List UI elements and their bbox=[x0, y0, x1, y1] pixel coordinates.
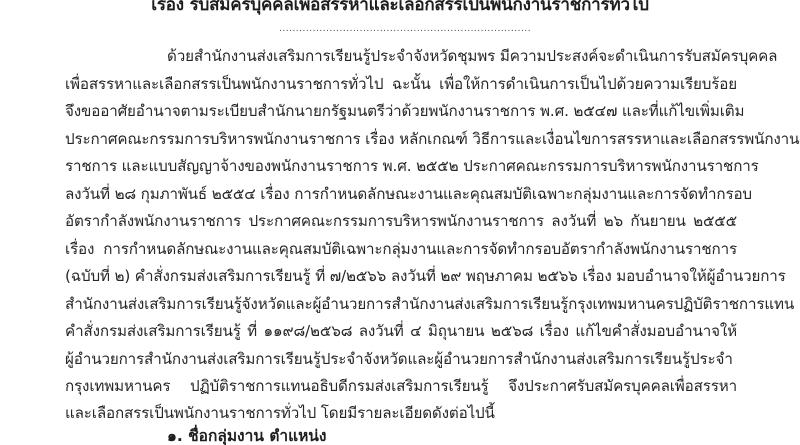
paragraph-line-8: เรื่อง การกำหนดลักษณะงานและคุณสมบัติเฉพา… bbox=[65, 239, 737, 259]
document-page: เรื่อง รับสมัครบุคคลเพื่อสรรหาและเลือกสร… bbox=[0, 0, 800, 445]
paragraph-line-12: ผู้อำนวยการสำนักงานส่งเสริมการเรียนรู้ปร… bbox=[65, 349, 737, 369]
paragraph-line-13: กรุงเทพมหานคร ปฏิบัติราชการแทนอธิบดีกรมส… bbox=[65, 376, 737, 396]
paragraph-line-4: ประกาศคณะกรรมการบริหารพนักงานราชการ เรื่… bbox=[65, 129, 737, 149]
paragraph-line-14: และเลือกสรรเป็นพนักงานราชการทั่วไป โดยมี… bbox=[65, 403, 737, 423]
paragraph-line-10: สำนักงานส่งเสริมการเรียนรู้จังหวัดและผู้… bbox=[65, 294, 737, 314]
dotted-separator: ........................................… bbox=[279, 25, 531, 33]
paragraph-line-11: คำสั่งกรมส่งเสริมการเรียนรู้ ที่ ๑๑๙๘/๒๕… bbox=[65, 321, 737, 341]
paragraph-line-6: ลงวันที่ ๒๘ กุมภาพันธ์ ๒๕๕๔ เรื่อง การกำ… bbox=[65, 184, 737, 204]
document-subject: เรื่อง รับสมัครบุคคลเพื่อสรรหาและเลือกสร… bbox=[0, 0, 800, 18]
paragraph-line-3: จึงขออาศัยอำนาจตามระเบียบสำนักนายกรัฐมนต… bbox=[65, 101, 737, 121]
paragraph-line-5: ราชการ และแบบสัญญาจ้างของพนักงานราชการ พ… bbox=[65, 156, 737, 176]
paragraph-line-2: เพื่อสรรหาและเลือกสรรเป็นพนักงานราชการทั… bbox=[65, 74, 737, 94]
paragraph-line-9: (ฉบับที่ ๒) คำสั่งกรมส่งเสริมการเรียนรู้… bbox=[65, 266, 737, 286]
section-heading: ๑. ชื่อกลุ่มงาน ตำแหน่ง bbox=[167, 426, 326, 445]
paragraph-line-1: ด้วยสำนักงานส่งเสริมการเรียนรู้ประจำจังห… bbox=[167, 46, 737, 66]
paragraph-line-7: อัตรากำลังพนักงานราชการ ประกาศคณะกรรมการ… bbox=[65, 211, 737, 231]
